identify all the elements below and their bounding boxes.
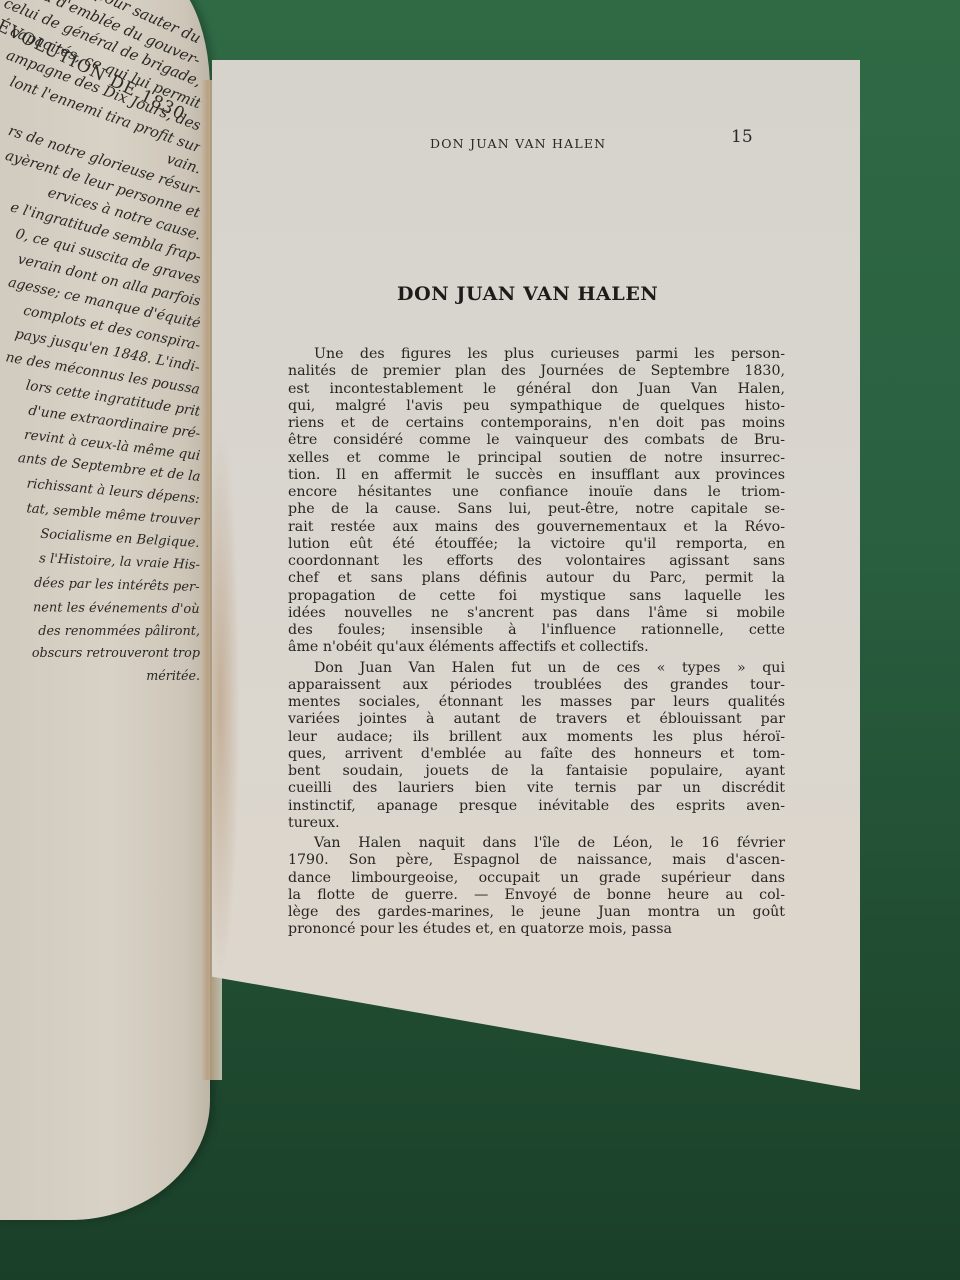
left-text-line: Socialisme en Belgique. bbox=[40, 527, 200, 551]
paragraph: Van Halen naquit dans l'île de Léon, le … bbox=[288, 835, 785, 939]
text-line: Don Juan Van Halen fut un de ces « types… bbox=[288, 660, 785, 677]
text-line: instinctif, apanage presque inévitable d… bbox=[288, 798, 785, 815]
text-line: 1790. Son père, Espagnol de naissance, m… bbox=[288, 852, 785, 869]
text-line: des foules; insensible à l'influence rat… bbox=[288, 622, 785, 639]
left-text-line: s l'Histoire, la vraie His- bbox=[39, 551, 200, 573]
text-line: lège des gardes-marines, le jeune Juan m… bbox=[288, 904, 785, 921]
running-head: DON JUAN VAN HALEN bbox=[430, 136, 606, 151]
text-line: Van Halen naquit dans l'île de Léon, le … bbox=[288, 835, 785, 852]
left-text-line: obscurs retrouveront trop bbox=[32, 646, 200, 661]
text-line: rait restée aux mains des gouvernementau… bbox=[288, 519, 785, 536]
body-text: Une des figures les plus curieuses parmi… bbox=[288, 346, 785, 939]
paragraph: Don Juan Van Halen fut un de ces « types… bbox=[288, 660, 785, 833]
text-line: nalités de premier plan des Journées de … bbox=[288, 363, 785, 380]
photo-scene: RÉVOLUTION DE 1830 longtemps pour sauter… bbox=[0, 0, 960, 1280]
text-line: bent soudain, jouets de la fantaisie pop… bbox=[288, 763, 785, 780]
page-stain bbox=[212, 420, 240, 980]
text-line: mentes sociales, étonnant les masses par… bbox=[288, 694, 785, 711]
text-line: leur audace; ils brillent aux moments le… bbox=[288, 729, 785, 746]
page-number: 15 bbox=[731, 127, 753, 147]
text-line: qui, malgré l'avis peu sympathique de qu… bbox=[288, 398, 785, 415]
text-line: lution eût été étouffée; la victoire qu'… bbox=[288, 536, 785, 553]
text-line: idées nouvelles ne s'ancrent pas dans l'… bbox=[288, 605, 785, 622]
text-line: âme n'obéit qu'aux éléments affectifs et… bbox=[288, 639, 785, 656]
chapter-title: DON JUAN VAN HALEN bbox=[397, 283, 658, 305]
text-line: riens et de certains contemporains, n'en… bbox=[288, 415, 785, 432]
left-text-line: nent les événements d'où bbox=[33, 600, 200, 617]
text-line: apparaissent aux périodes troublées des … bbox=[288, 677, 785, 694]
left-page: RÉVOLUTION DE 1830 longtemps pour sauter… bbox=[0, 0, 210, 1220]
left-text-line: des renommées pâliront, bbox=[38, 624, 200, 639]
text-line: la flotte de guerre. — Envoyé de bonne h… bbox=[288, 887, 785, 904]
text-line: Une des figures les plus curieuses parmi… bbox=[288, 346, 785, 363]
text-line: prononcé pour les études et, en quatorze… bbox=[288, 921, 785, 938]
left-text-line: dées par les intérêts per- bbox=[34, 576, 200, 595]
text-line: chef et sans plans définis autour du Par… bbox=[288, 570, 785, 587]
text-line: coordonnant les efforts des volontaires … bbox=[288, 553, 785, 570]
left-text-line: méritée. bbox=[146, 668, 200, 683]
text-line: est incontestablement le général don Jua… bbox=[288, 381, 785, 398]
text-line: xelles et comme le principal soutien de … bbox=[288, 450, 785, 467]
left-text-line: tat, semble même trouver bbox=[26, 501, 200, 529]
text-line: propagation de cette foi mystique sans l… bbox=[288, 588, 785, 605]
text-line: tureux. bbox=[288, 815, 785, 832]
text-line: phe de la cause. Sans lui, peut-être, no… bbox=[288, 501, 785, 518]
text-line: dance limbourgeoise, occupait un grade s… bbox=[288, 870, 785, 887]
text-line: cueilli des lauriers bien vite ternis pa… bbox=[288, 780, 785, 797]
text-line: encore hésitantes une confiance inouïe d… bbox=[288, 484, 785, 501]
text-line: variées jointes à autant de travers et é… bbox=[288, 711, 785, 728]
text-line: être considéré comme le vainqueur des co… bbox=[288, 432, 785, 449]
text-line: ques, arrivent d'emblée au faîte des hon… bbox=[288, 746, 785, 763]
text-line: tion. Il en affermit le succès en insuff… bbox=[288, 467, 785, 484]
paragraph: Une des figures les plus curieuses parmi… bbox=[288, 346, 785, 657]
